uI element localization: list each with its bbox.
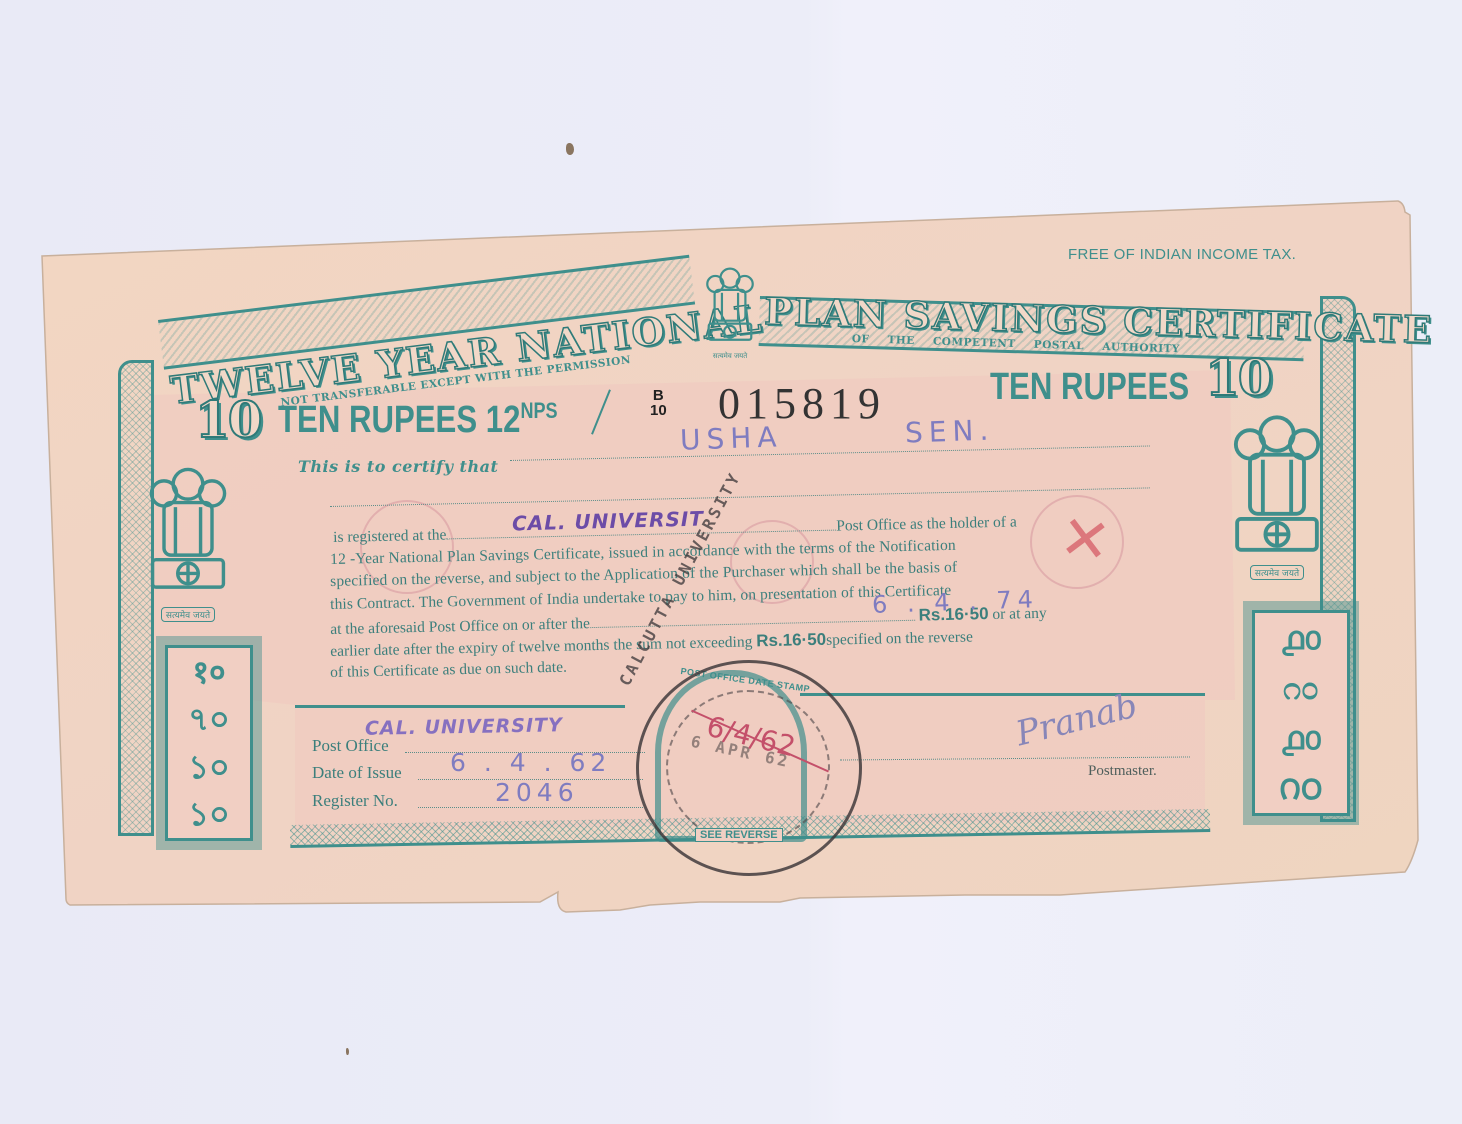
numeral-bengali-2: ১০ — [188, 798, 230, 830]
postmaster-label: Postmaster. — [1088, 763, 1157, 780]
post-office-stamp: CAL. UNIVERSITY — [365, 714, 563, 739]
emblem-motto: सत्यमेव जयते — [161, 607, 215, 622]
denomination-numeral-left: 10 — [195, 390, 261, 449]
series-code: B 10 — [650, 388, 667, 418]
tax-exemption-note: FREE OF INDIAN INCOME TAX. — [1068, 246, 1296, 263]
certify-label: This is to certify that — [298, 457, 498, 476]
holder-first-name: USHA — [679, 420, 783, 457]
lion-capital-icon — [700, 262, 760, 350]
post-office-label: Post Office — [312, 736, 389, 756]
denomination-label-left: TEN RUPEES 12NPS — [278, 398, 558, 442]
lion-capital-icon — [1232, 408, 1322, 563]
holder-last-name: SEN. — [904, 413, 994, 449]
date-of-issue-label: Date of Issue — [312, 763, 402, 783]
maturity-date: 6 . 4 . 74 — [872, 585, 1040, 619]
postmark-inner-circle — [666, 690, 830, 844]
denomination-label-right: TEN RUPEES — [990, 366, 1189, 409]
register-number-label: Register No. — [312, 791, 398, 811]
date-of-issue-value: 6 . 4 . 62 — [450, 748, 611, 777]
series-letter: B — [650, 388, 667, 403]
numeral-devanagari: १० — [192, 656, 225, 688]
maximum-amount: Rs.16·50 — [756, 630, 826, 651]
nps-superscript: NPS — [520, 398, 557, 423]
numeral-gujarati: ৭০ — [188, 703, 230, 735]
denomination-numeral-right: 10 — [1205, 348, 1271, 407]
red-cross-mark: ✕ — [1055, 502, 1115, 578]
numeral-bengali: ১০ — [188, 751, 230, 783]
registered-office-stamp: CAL. UNIVERSIT — [512, 506, 704, 535]
certificate: FREE OF INDIAN INCOME TAX. TWELVE YEAR N… — [0, 0, 1462, 1124]
numeral-telugu: ౧౦ — [1280, 772, 1323, 804]
see-reverse-label: SEE REVERSE — [695, 828, 783, 842]
lion-capital-icon — [148, 455, 228, 605]
register-number-line — [418, 807, 643, 808]
national-emblem-left: सत्यमेव जयते — [148, 455, 228, 622]
national-emblem-top: सत्यमेव जयते — [700, 262, 760, 361]
register-number-value: 2046 — [495, 778, 579, 807]
left-numeral-panel: १० ৭০ ১০ ১০ — [165, 645, 253, 841]
numeral-kannada: ೧೦ — [1283, 672, 1319, 704]
denomination-text: TEN RUPEES 12 — [278, 399, 520, 441]
series-number: 10 — [650, 403, 667, 418]
numeral-malayalam: ൧൦ — [1282, 622, 1321, 654]
national-emblem-right: सत्यमेव जयते — [1232, 408, 1322, 580]
emblem-motto: सत्यमेव जयते — [709, 352, 751, 361]
numeral-malayalam-2: ൧൦ — [1282, 722, 1321, 754]
right-numeral-panel: ൧൦ ೧೦ ൧൦ ౧౦ — [1252, 610, 1350, 816]
emblem-motto: सत्यमेव जयते — [1250, 565, 1304, 580]
